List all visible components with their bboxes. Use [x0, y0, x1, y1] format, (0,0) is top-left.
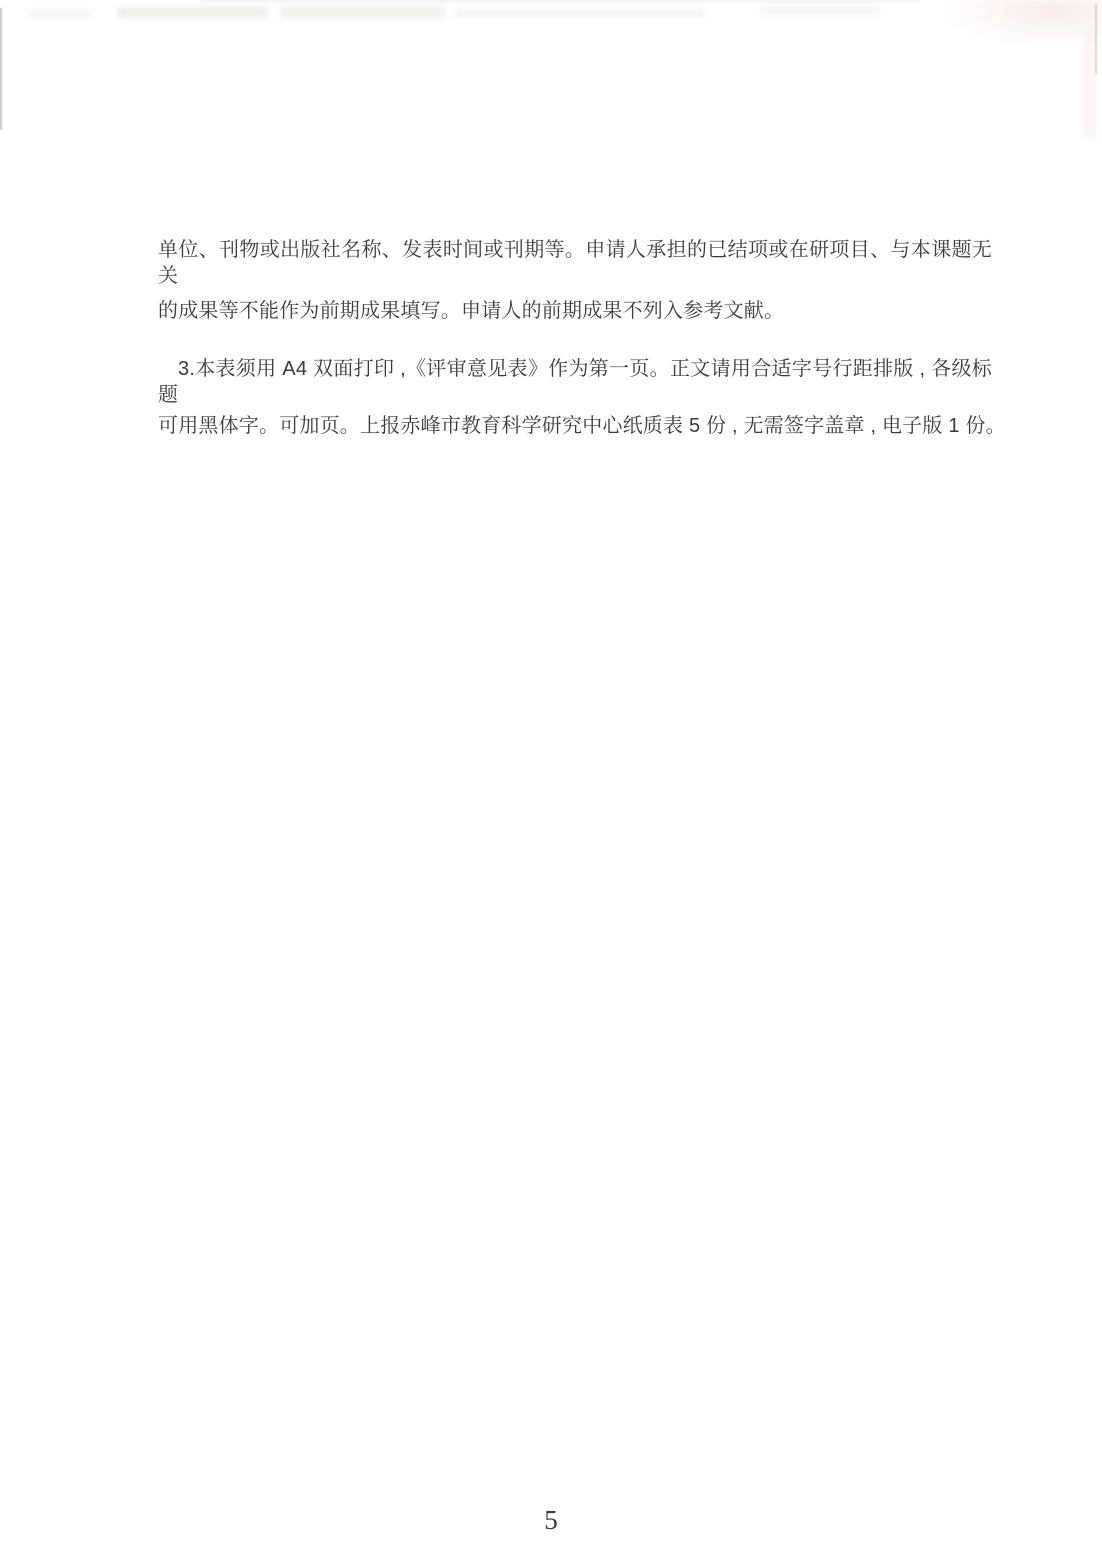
scanned-document-page: 单位、刊物或出版社名称、发表时间或刊期等。申请人承担的已结项或在研项目、与本课题…: [0, 0, 1102, 1559]
body-line: 的成果等不能作为前期成果填写。申请人的前期成果不列入参考文献。: [158, 298, 992, 324]
body-line: 3.本表须用 A4 双面打印 ,《评审意见表》作为第一页。正文请用合适字号行距排…: [158, 356, 992, 408]
page-number: 5: [0, 1505, 1102, 1536]
scan-smudge-artifact: [760, 6, 880, 15]
scan-corner-tint-artifact: [938, 0, 1102, 48]
body-line: 可用黑体字。可加页。上报赤峰市教育科学研究中心纸质表 5 份 , 无需签字盖章 …: [158, 413, 992, 439]
scan-top-hairline-artifact: [200, 0, 920, 2]
scan-smudge-artifact: [280, 6, 445, 18]
scan-right-edge-artifact: [1095, 4, 1097, 74]
scan-smudge-artifact: [455, 8, 705, 17]
scan-left-edge-artifact: [0, 8, 2, 130]
scan-edge-tint-artifact: [1084, 30, 1096, 140]
scan-smudge-artifact: [118, 7, 268, 18]
scan-smudge-artifact: [30, 10, 90, 18]
body-line: 单位、刊物或出版社名称、发表时间或刊期等。申请人承担的已结项或在研项目、与本课题…: [158, 237, 992, 289]
